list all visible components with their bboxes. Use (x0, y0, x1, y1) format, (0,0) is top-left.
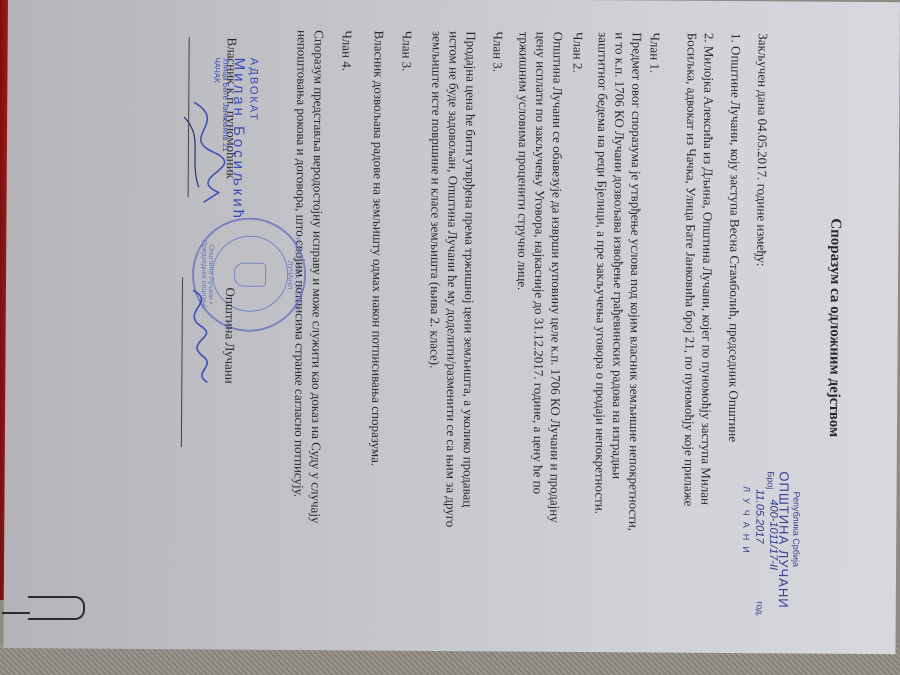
stamp-city: ЛУЧАНИ (741, 486, 752, 559)
owner-signature (174, 97, 235, 207)
article-2-line: тржишним условима проценити стручно лице… (514, 32, 533, 291)
stamp-date: 11.05.2017 (753, 489, 765, 543)
registry-stamp: Република Србија ОПШТИНА ЛУЧАНИ Број 400… (739, 451, 802, 631)
article-1-line: заштитног бедема на реци Бјелици, а пре … (591, 32, 611, 514)
coat-of-arms-icon (234, 263, 266, 287)
seal-outer-text: РЕПУБЛИКА СРБИЈА • ЛУЧАНИ (286, 226, 301, 324)
party-1: 1. Општине Лучани, коју заступа Весна Ст… (725, 33, 745, 442)
article-3-line: земљиште исте површине и класе земљишта … (426, 31, 445, 369)
article-2-line: Општина Лучани се обавезује да изврши ку… (546, 32, 566, 523)
article-2-line: цену исплати по закључењу Уговора, најка… (530, 32, 550, 495)
stamp-number-label: Број (766, 471, 776, 489)
article-2-heading: Члан 2. (569, 32, 586, 73)
document-title: Споразум са одложним дејством (823, 2, 845, 654)
document-sheet: Република Србија ОПШТИНА ЛУЧАНИ Број 400… (3, 0, 900, 654)
article-3b-line: Власник дозвољава радове на земљишту одм… (368, 31, 388, 467)
article-1-heading: Члан 1. (646, 32, 663, 73)
document-page: Република Србија ОПШТИНА ЛУЧАНИ Број 400… (3, 0, 900, 654)
paper-clip (28, 596, 85, 620)
paper-clip-wire (2, 612, 30, 614)
stamp-country: Република Србија (791, 491, 802, 567)
municipality-signature (167, 282, 223, 392)
article-4-line: Споразум представља веродостојну исправу… (307, 30, 327, 523)
article-3-line: Продајна цена ће бити утврђена према трж… (459, 31, 479, 507)
stamp-number-value: 400-1011/17-II (767, 499, 779, 570)
municipality-signature-label: Општина Лучани (221, 288, 238, 384)
party-2-line-1: 2. Милојка Алексића из Дљина, Општина Лу… (697, 33, 717, 505)
party-2-line-2: Босиљка, адвокат из Чачка, Улица Бате Ја… (680, 33, 700, 507)
article-1-line: Предмет овог споразума је утврђење услов… (625, 32, 645, 531)
article-3-heading: Члан 3. (489, 31, 506, 72)
lawyer-stamp-title: АДВОКАТ (246, 58, 259, 221)
article-1-line: и то к.п. 1706 КО Лучани дозвољава извођ… (609, 32, 629, 479)
article-3b-heading: Члан 3. (398, 31, 415, 72)
article-3-line: истом не буде задовољан, Општина Лучани … (442, 31, 462, 527)
intro-line: Закључен дана 04.05.2017. године између: (753, 33, 772, 266)
article-4-heading: Члан 4. (338, 30, 355, 71)
stamp-year-label: год. (755, 601, 765, 617)
